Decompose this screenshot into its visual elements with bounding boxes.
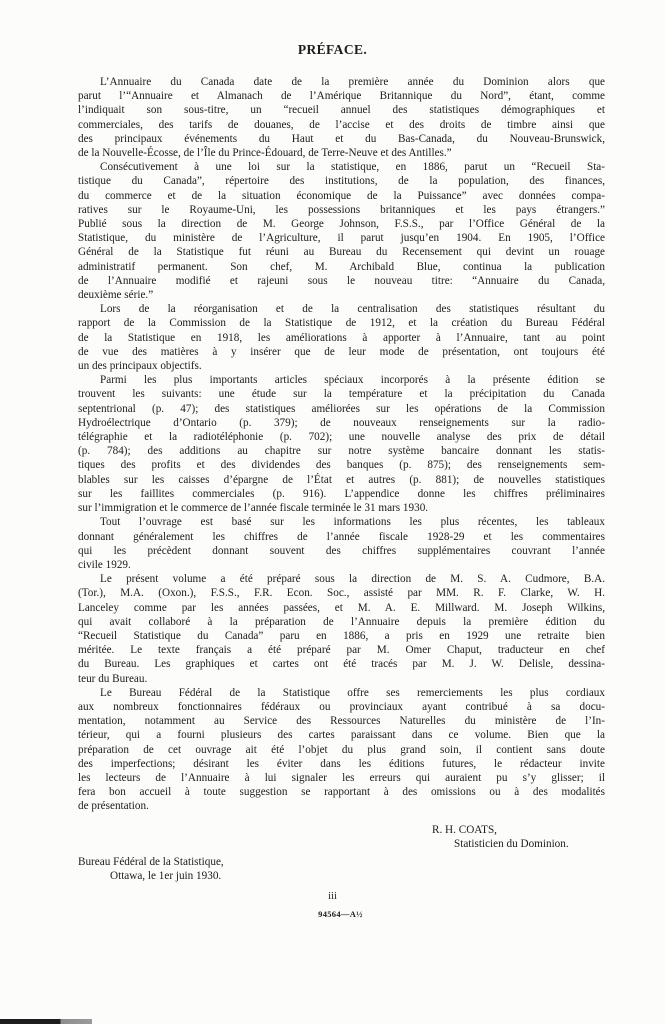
text-line: Consécutivement à une loi sur la statist… — [78, 160, 605, 174]
text-line: tiques des profits et des dividendes des… — [78, 458, 605, 472]
text-line: les lecteurs de l’Annuaire à lui signale… — [78, 771, 605, 785]
text-line: Parmi les plus importants articles spéci… — [78, 373, 605, 387]
text-line: Le présent volume a été préparé sous la … — [78, 572, 605, 586]
text-line: Publié sous la direction de M. George Jo… — [78, 217, 605, 231]
text-line: Hydroélectrique d’Ontario (p. 379); de n… — [78, 416, 605, 430]
text-line: de vue des matières à y insérer que de l… — [78, 345, 605, 359]
text-line: rapport de la Commission de la Statistiq… — [78, 316, 605, 330]
text-line: septentrional (p. 47); des statistiques … — [78, 402, 605, 416]
page-number: iii — [0, 891, 665, 902]
text-line: qui avait collaboré à la préparation de … — [78, 615, 605, 629]
text-line: civile 1929. — [78, 558, 605, 572]
text-line: teur du Bureau. — [78, 672, 605, 686]
text-line: sur les faillites commerciales (p. 916).… — [78, 487, 605, 501]
text-line: Le Bureau Fédéral de la Statistique offr… — [78, 686, 605, 700]
text-line: administratif permanent. Son chef, M. Ar… — [78, 260, 605, 274]
text-line: méritée. Le texte français a été préparé… — [78, 643, 605, 657]
text-line: Statistique, du ministère de l’Agricultu… — [78, 231, 605, 245]
text-line: préparation de cet ouvrage ait été l’obj… — [78, 743, 605, 757]
text-line: deuxième série.” — [78, 288, 605, 302]
signature-role: Statisticien du Dominion. — [78, 837, 605, 852]
dateline-block: Bureau Fédéral de la Statistique, Ottawa… — [78, 855, 605, 884]
scanned-page: PRÉFACE. L’Annuaire du Canada date de la… — [0, 0, 665, 1024]
text-line: de l’Annuaire modifié et rajeuni sous le… — [78, 274, 605, 288]
scan-artifact-bar — [0, 1019, 92, 1024]
text-line: térieur, qui a fourni plusieurs des cart… — [78, 728, 605, 742]
text-line: Tout l’ouvrage est basé sur les informat… — [78, 515, 605, 529]
dateline-org: Bureau Fédéral de la Statistique, — [78, 855, 605, 870]
text-line: tistique du Canada”, répertoire des inst… — [78, 174, 605, 188]
text-line: des imperfections; désirant les éviter d… — [78, 757, 605, 771]
text-line: “Recueil Statistique du Canada” paru en … — [78, 629, 605, 643]
signature-block: R. H. COATS, Statisticien du Dominion. — [78, 823, 605, 852]
text-line: trouvent les suivants: une étude sur la … — [78, 387, 605, 401]
page-title: PRÉFACE. — [0, 42, 665, 58]
text-line: donnant généralement les chiffres de l’a… — [78, 530, 605, 544]
dateline-date: Ottawa, le 1er juin 1930. — [78, 869, 605, 884]
text-line: du Bureau. Les graphiques et cartes ont … — [78, 657, 605, 671]
preface-body: L’Annuaire du Canada date de la première… — [78, 75, 605, 814]
text-line: parut l’“Annuaire et Almanach de l’Améri… — [78, 89, 605, 103]
text-line: télégraphie et la radiotéléphonie (p. 70… — [78, 430, 605, 444]
text-line: Lors de la réorganisation et de la centr… — [78, 302, 605, 316]
text-line: aux nombreux fonctionnaires fédéraux ou … — [78, 700, 605, 714]
text-line: mentation, notamment au Service des Ress… — [78, 714, 605, 728]
text-line: commerciales, des tarifs de douanes, de … — [78, 118, 605, 132]
text-line: ratives sur le Royaume-Uni, les possessi… — [78, 203, 605, 217]
text-line: du commerce et de la situation économiqu… — [78, 189, 605, 203]
text-line: de présentation. — [78, 799, 605, 813]
text-line: fera bon accueil à toute suggestion se r… — [78, 785, 605, 799]
text-line: (p. 784); des additions au chapitre sur … — [78, 444, 605, 458]
text-line: Lanceley comme par les années passées, e… — [78, 601, 605, 615]
text-line: qui les précèdent donnant souvent des ch… — [78, 544, 605, 558]
text-line: Général de la Statistique fut réuni au B… — [78, 245, 605, 259]
text-line: l’indiquait son sous-titre, un “recueil … — [78, 103, 605, 117]
text-line: des principaux événements du Haut et du … — [78, 132, 605, 146]
printers-mark: 94564—A½ — [8, 909, 665, 919]
text-line: (Tor.), M.A. (Oxon.), F.S.S., F.R. Econ.… — [78, 586, 605, 600]
text-line: L’Annuaire du Canada date de la première… — [78, 75, 605, 89]
signature-name: R. H. COATS, — [78, 823, 605, 838]
text-line: de la Statistique en 1918, les améliorat… — [78, 331, 605, 345]
text-line: blables sur les caisses d’épargne de l’É… — [78, 473, 605, 487]
text-line: de la Nouvelle-Écosse, de l’Île du Princ… — [78, 146, 605, 160]
text-line: un des principaux objectifs. — [78, 359, 605, 373]
text-line: sur l’immigration et le commerce de l’an… — [78, 501, 605, 515]
